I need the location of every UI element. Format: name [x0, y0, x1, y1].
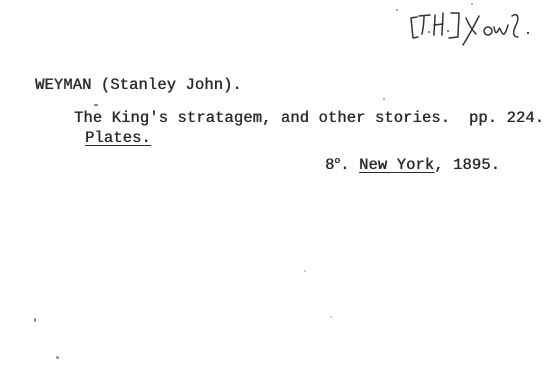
paper-speck	[396, 9, 398, 11]
author-heading: WEYMAN (Stanley John).	[35, 76, 242, 94]
paper-speck	[383, 98, 385, 100]
handwriting-strokes	[393, 4, 538, 52]
plates-note: Plates.	[85, 129, 151, 147]
paper-speck	[56, 356, 59, 359]
handwritten-annotation	[393, 4, 538, 52]
catalog-card: WEYMAN (Stanley John). The King's strata…	[0, 0, 550, 374]
paper-speck	[304, 270, 306, 272]
publication-place: New York	[359, 156, 434, 174]
imprint-separator: .	[340, 156, 359, 174]
paper-speck	[34, 318, 36, 322]
publication-year: , 1895.	[434, 156, 500, 174]
paper-speck	[471, 3, 473, 5]
title-line: The King's stratagem, and other stories.…	[74, 109, 544, 127]
imprint-line: 8o. New York, 1895.	[325, 156, 500, 176]
format-superscript: o	[334, 152, 340, 170]
paper-speck	[330, 316, 332, 318]
plates-text: Plates.	[85, 129, 151, 147]
format-designation: 8	[325, 156, 334, 174]
paper-speck	[94, 104, 98, 106]
